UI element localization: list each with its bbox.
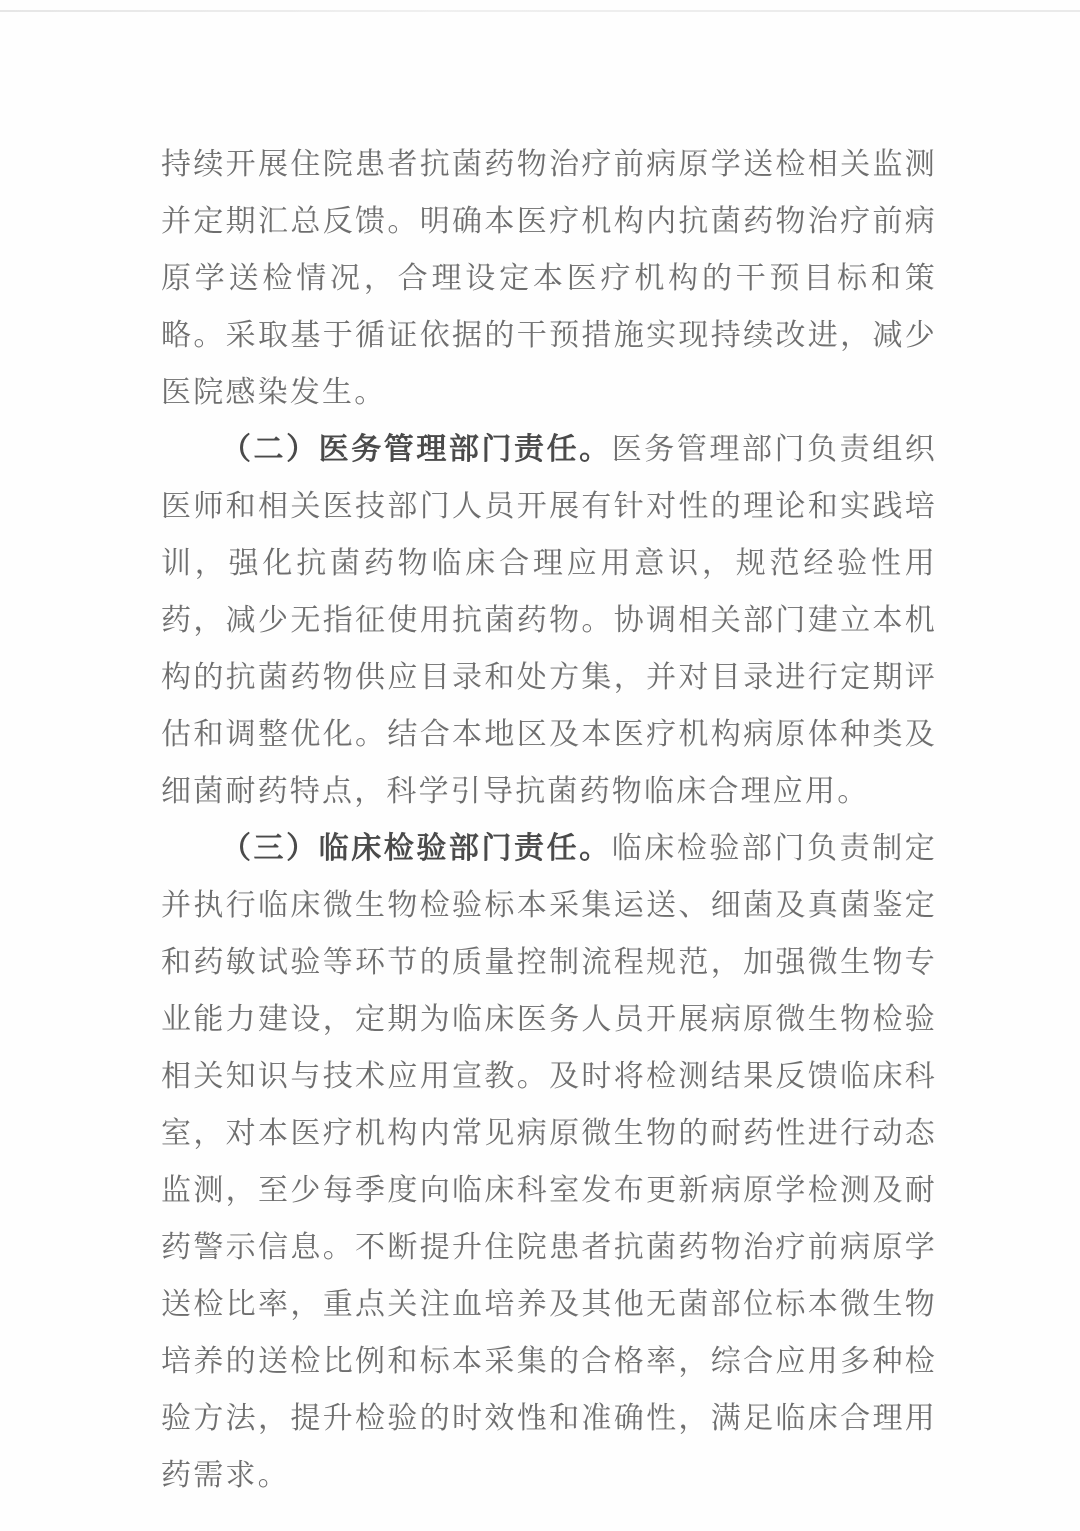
section-2-heading: （二）医务管理部门责任。 bbox=[221, 433, 612, 466]
document-body: 持续开展住院患者抗菌药物治疗前病原学送检相关监测并定期汇总反馈。明确本医疗机构内… bbox=[161, 136, 937, 1504]
paragraph-text: 持续开展住院患者抗菌药物治疗前病原学送检相关监测并定期汇总反馈。明确本医疗机构内… bbox=[161, 148, 937, 409]
document-page: 持续开展住院患者抗菌药物治疗前病原学送检相关监测并定期汇总反馈。明确本医疗机构内… bbox=[0, 0, 1080, 1531]
paragraph-section-3: （三）临床检验部门责任。临床检验部门负责制定并执行临床微生物检验标本采集运送、细… bbox=[161, 820, 937, 1504]
scan-edge-artifact bbox=[0, 10, 1080, 12]
paragraph-continuation: 持续开展住院患者抗菌药物治疗前病原学送检相关监测并定期汇总反馈。明确本医疗机构内… bbox=[161, 136, 937, 421]
paragraph-text: 医务管理部门负责组织医师和相关医技部门人员开展有针对性的理论和实践培训，强化抗菌… bbox=[161, 433, 937, 808]
section-3-heading: （三）临床检验部门责任。 bbox=[221, 832, 612, 865]
paragraph-section-2: （二）医务管理部门责任。医务管理部门负责组织医师和相关医技部门人员开展有针对性的… bbox=[161, 421, 937, 820]
page-number: 3 bbox=[0, 1410, 1080, 1431]
paragraph-text: 临床检验部门负责制定并执行临床微生物检验标本采集运送、细菌及真菌鉴定和药敏试验等… bbox=[161, 832, 937, 1492]
